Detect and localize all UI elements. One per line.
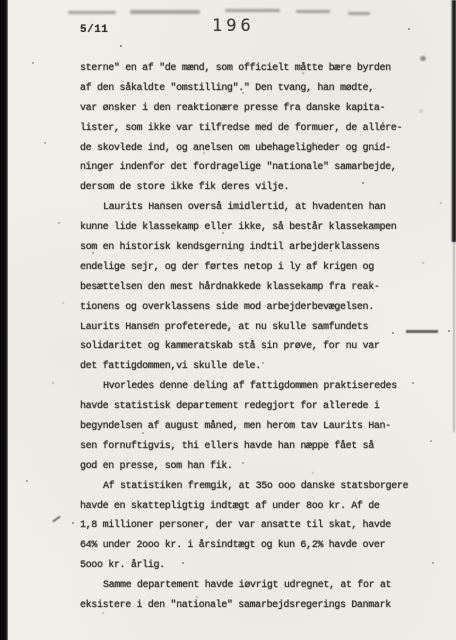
text-line: sterne" en af "de mænd, som officielt må…: [80, 59, 402, 79]
document-body: sterne" en af "de mænd, som officielt må…: [80, 59, 402, 616]
text-line: det fattigdommen,vi skulle dele.: [80, 357, 402, 377]
text-line: endelige sejr, og der førtes netop i ly …: [80, 258, 402, 278]
text-line: sen fornuftigvis, thi ellers havde han n…: [80, 437, 402, 457]
section-label: 5/11: [80, 24, 108, 36]
scan-streak-segment: [68, 11, 116, 14]
text-line: solidaritet og kammeratskab stå sin prøv…: [80, 337, 402, 357]
scan-streak-segment: [296, 10, 330, 13]
text-line: Af statistiken fremgik, at 35o ooo dansk…: [80, 477, 402, 497]
left-scan-edge: [0, 0, 8, 640]
page-number: 196: [212, 16, 255, 36]
text-line: ninger indenfor det fordragelige "nation…: [80, 158, 402, 178]
text-line: havde statistisk departement redegjort f…: [80, 397, 402, 417]
right-scan-edge: [451, 0, 456, 242]
text-line: god en presse, som han fik.: [80, 457, 402, 477]
scan-smudge: [52, 516, 61, 523]
scan-smudge: [406, 330, 438, 333]
text-line: eksistere i den "nationale" samarbejdsre…: [80, 596, 402, 616]
page-scan: 5/11 196 sterne" en af "de mænd, som off…: [0, 0, 456, 640]
text-line: var ønsker i den reaktionære presse fra …: [80, 99, 402, 119]
text-line: 64% under 2ooo kr. i årsindtægt og kun 6…: [80, 536, 402, 556]
text-line: besættelsen den mest hårdnakkede klassek…: [80, 278, 402, 298]
text-line: havde en skattepligtig indtægt af under …: [80, 497, 402, 517]
text-line: de skovlede ind, og anelsen om ubehageli…: [80, 139, 402, 159]
text-line: Laurits Hansen profeterede, at nu skulle…: [80, 318, 402, 338]
text-line: tionens og overklassens side mod arbejde…: [80, 298, 402, 318]
text-line: kunne lide klassekamp eller ikke, så bes…: [80, 218, 402, 238]
scan-streak-segment: [225, 9, 280, 12]
text-line: Laurits Hansen overså imidlertid, at hva…: [80, 198, 402, 218]
text-line: 1,8 millioner personer, der var ansatte …: [80, 516, 402, 536]
scan-smudge: [420, 56, 426, 61]
text-line: som en historisk kendsgerning indtil arb…: [80, 238, 402, 258]
scanned-document-screenshot: { "document": { "header": { "section_lab…: [0, 0, 456, 640]
text-line: af den såkaldte "omstilling"." Den tvang…: [80, 79, 402, 99]
text-line: dersom de store ikke fik deres vilje.: [80, 178, 402, 198]
text-line: begyndelsen af august måned, men herom t…: [80, 417, 402, 437]
scan-streak-segment: [130, 10, 200, 14]
text-line: 5ooo kr. årlig.: [80, 556, 402, 576]
text-line: Samme departement havde iøvrigt udregnet…: [80, 576, 402, 596]
scan-streak-segment: [348, 12, 370, 15]
right-scan-edge-faint: [453, 242, 455, 432]
text-line: Hvorledes denne deling af fattigdommen p…: [80, 377, 402, 397]
text-line: lister, som ikke var tilfredse med de fo…: [80, 119, 402, 139]
